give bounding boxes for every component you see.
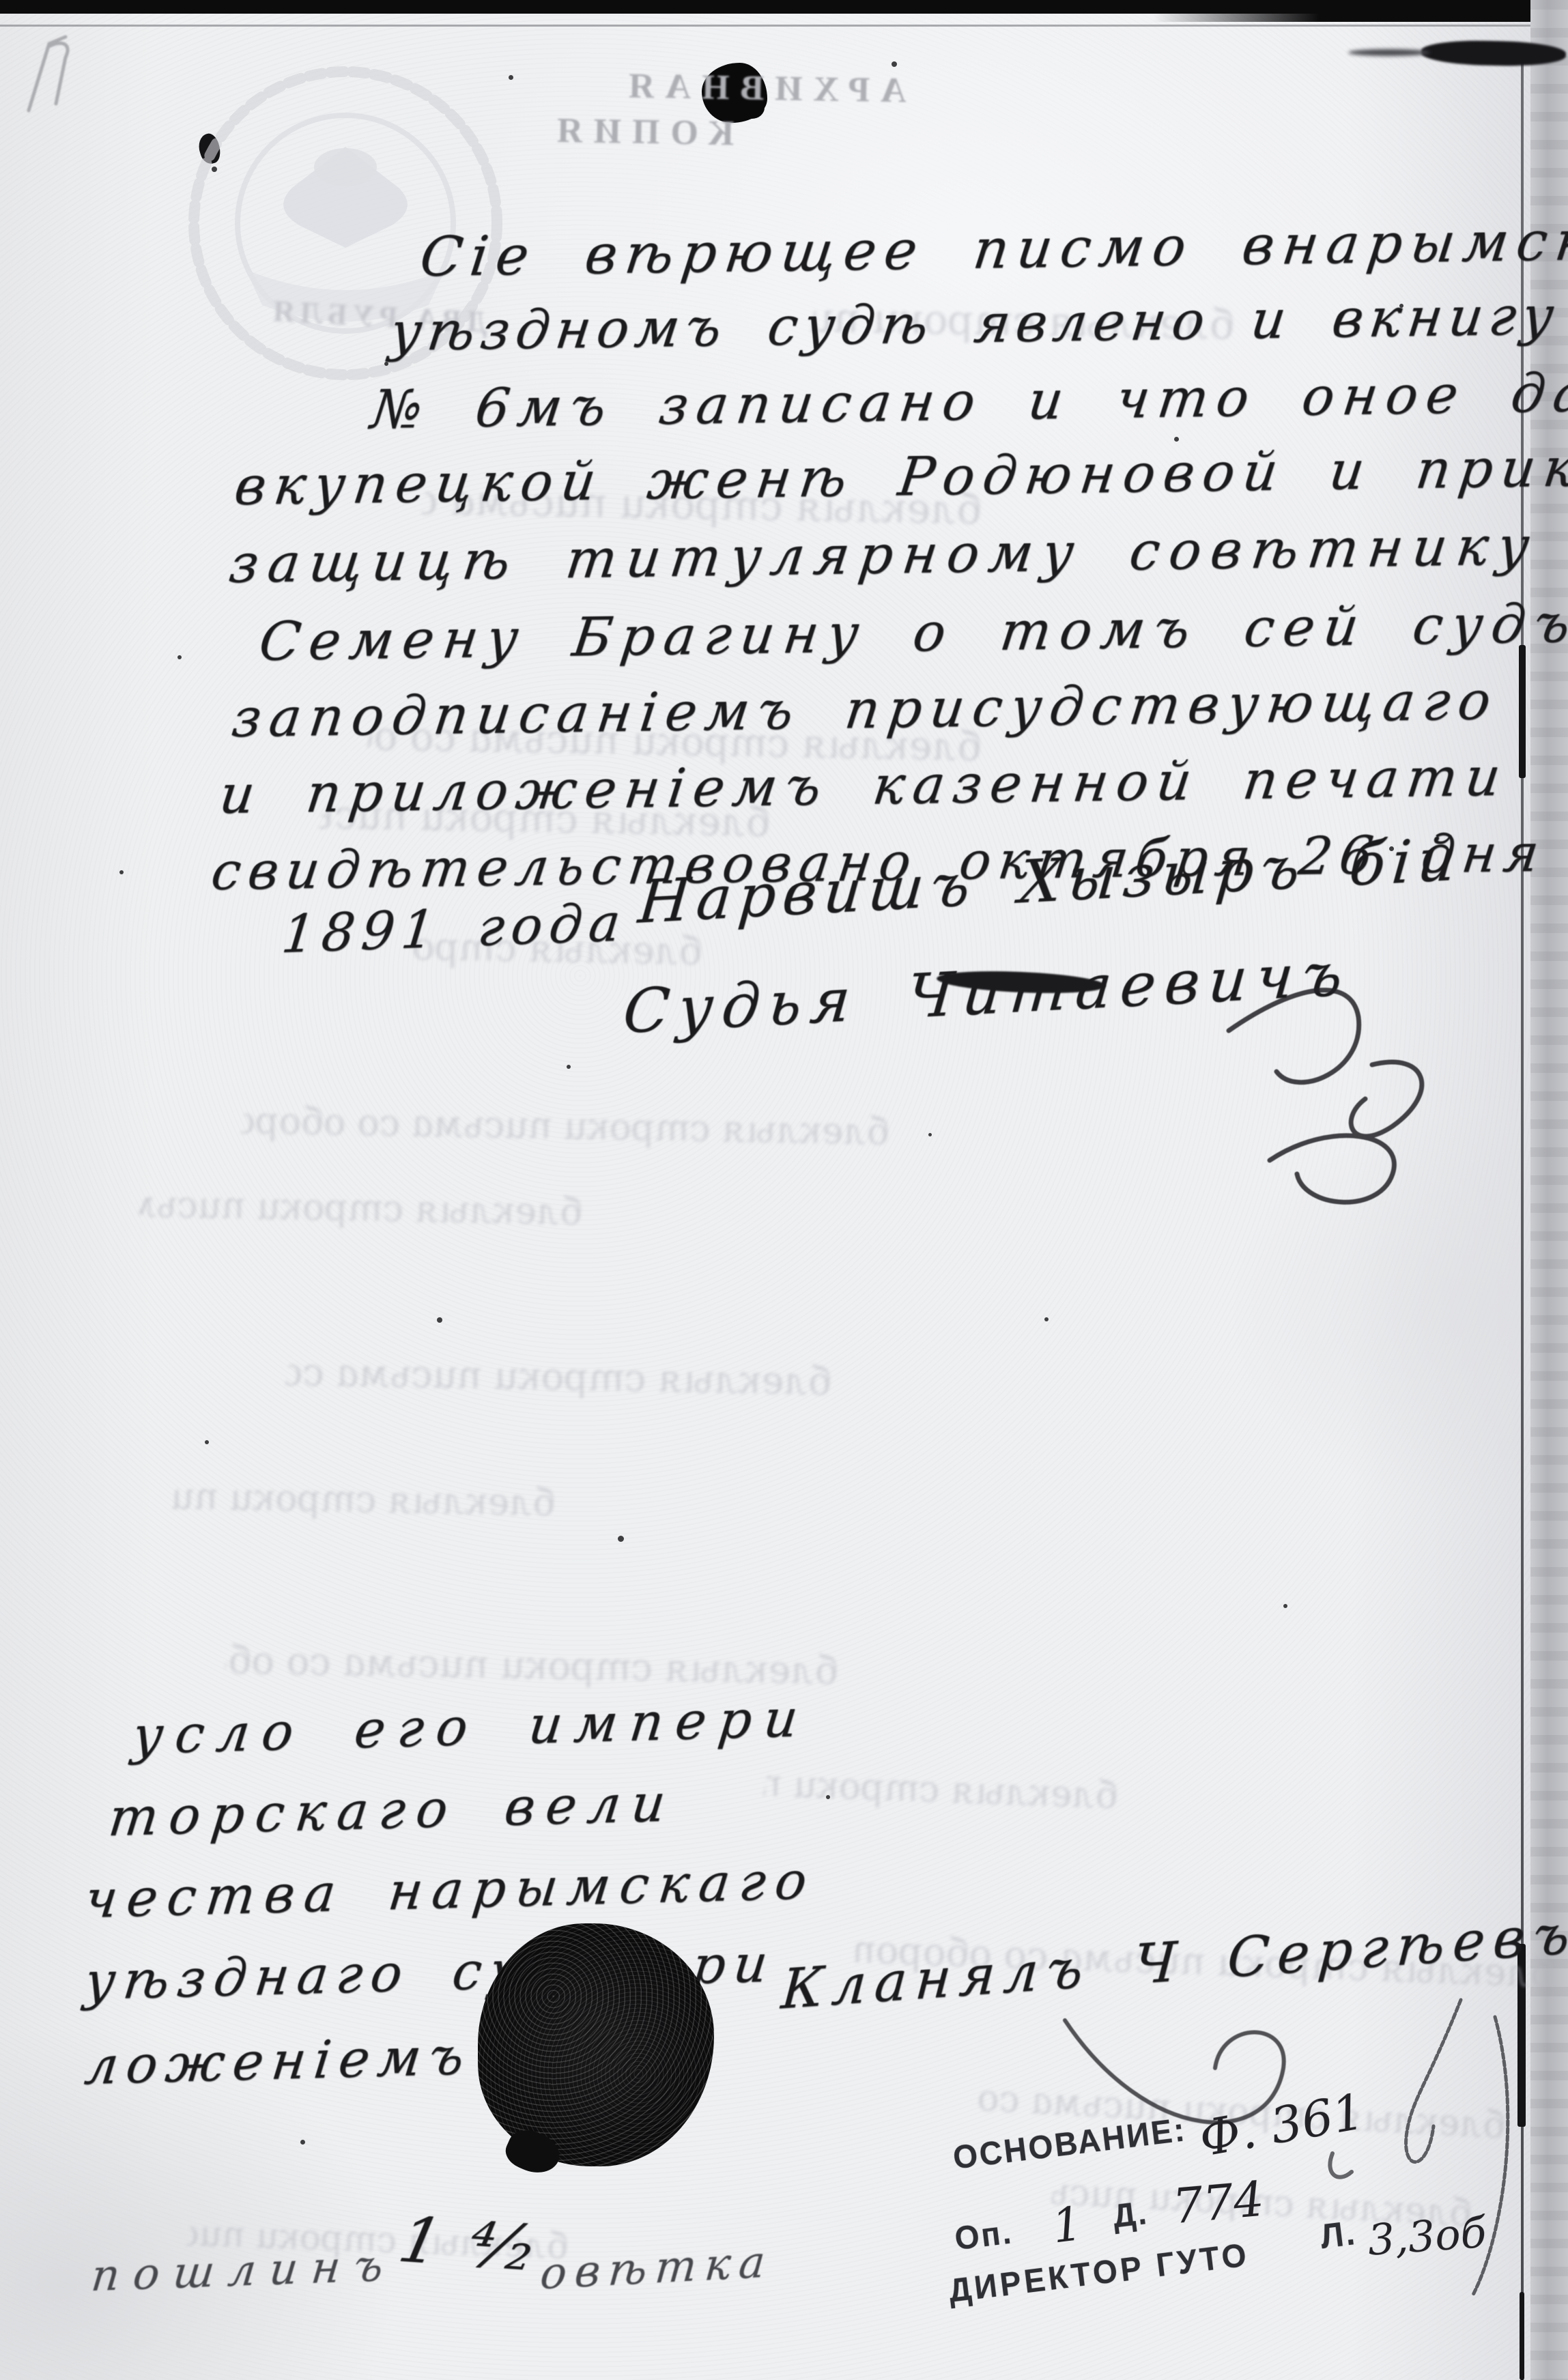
ink-speck [437,1317,442,1323]
ink-speck [509,75,513,80]
scan-edge-top-right [1154,11,1568,22]
ink-speck [1399,304,1403,308]
handwritten-line-6: Семену Брагину о томъ сей судъ [256,593,1568,673]
stamp-delo-label: Д. [1111,2194,1150,2236]
stamp-opis-value: 1 [1049,2197,1085,2254]
stamp-delo-value: 774 [1171,2171,1266,2235]
ghost-line: блеклыя строки письма со оборота листа е… [761,1762,1123,1817]
handwritten-line-1: Сіе вѣрющее писмо внарымскомъ [416,207,1568,289]
ink-smudge-top-right-faint [1348,49,1430,56]
fold-line-dark-segment [1519,645,1526,778]
handwritten-line-5: защицѣ титулярному совѣтнику [226,515,1543,595]
fee-note-word: пошлинъ [89,2240,399,2302]
ink-speck [826,1795,830,1799]
handwritten-line-4: вкупецкой женѣ Родюновой и прика [231,437,1568,518]
stamp-list-label: Л. [1318,2213,1358,2256]
ink-speck [119,870,124,874]
ghost-line: блеклыя строки письма со оборота листа е… [171,1474,560,1524]
ghost-line: блеклыя строки письма со оборота листа е… [239,1099,894,1153]
fee-note-word-2: овѣтка [538,2237,775,2299]
ink-speck [892,61,897,67]
handwritten-date: 1891 года [279,891,630,964]
ink-speck [618,1536,624,1542]
wax-seal [478,1923,714,2166]
lower-left-line-1: усло его импери [130,1687,814,1766]
archival-stamp-word-1: АРХИВНАЯ [618,66,907,111]
ink-speck [1283,1604,1287,1608]
lower-left-line-2: торскаго вели [106,1772,679,1848]
stamp-opis-label: Оп. [953,2213,1015,2258]
handwritten-line-7: заподписаніемъ присудствующаго [229,670,1502,749]
handwritten-line-2: уѣздномъ судѣ явлено и вкнигу под [387,283,1568,363]
fee-note-amount: 1 ⁴⁄₂ [393,2203,543,2284]
stamp-basis-label: ОСНОВАНИЕ: [951,2111,1188,2177]
ghost-line: блеклыя строки письма со оборота листа е… [137,1182,587,1233]
ink-speck [1389,846,1394,851]
archival-stamp-word-2: КОПИЯ [546,111,735,154]
handwritten-line-3: № 6мъ записано и что оное дано [368,361,1568,441]
ghost-line: блеклыя строки письма со оборота листа е… [283,1350,836,1404]
ink-speck [567,1065,571,1069]
ink-speck [205,1440,209,1444]
scanned-archival-document-page: АРХИВНАЯ КОПИЯ ДВА РУБЛЯ блеклыя строки … [0,0,1568,2380]
ink-speck [177,655,182,659]
ink-speck [384,362,388,366]
scan-edge-right-band [1530,0,1568,2380]
ink-speck [1174,437,1179,442]
lower-left-line-3: чества нарымскаго [82,1850,820,1930]
pencil-mark [20,29,96,124]
ink-speck [212,167,217,172]
stamp-list-value: 3,3об [1366,2207,1487,2265]
ink-speck [928,1133,932,1136]
ink-speck [300,2140,305,2145]
ink-speck [1044,1317,1049,1321]
lower-left-line-5: ложеніемъ [82,2025,476,2096]
ghost-line: блеклыя строки письма со оборота листа е… [222,1638,843,1693]
scan-edge-top-line [0,25,1568,27]
judge-signature-flourish [1208,956,1495,1229]
